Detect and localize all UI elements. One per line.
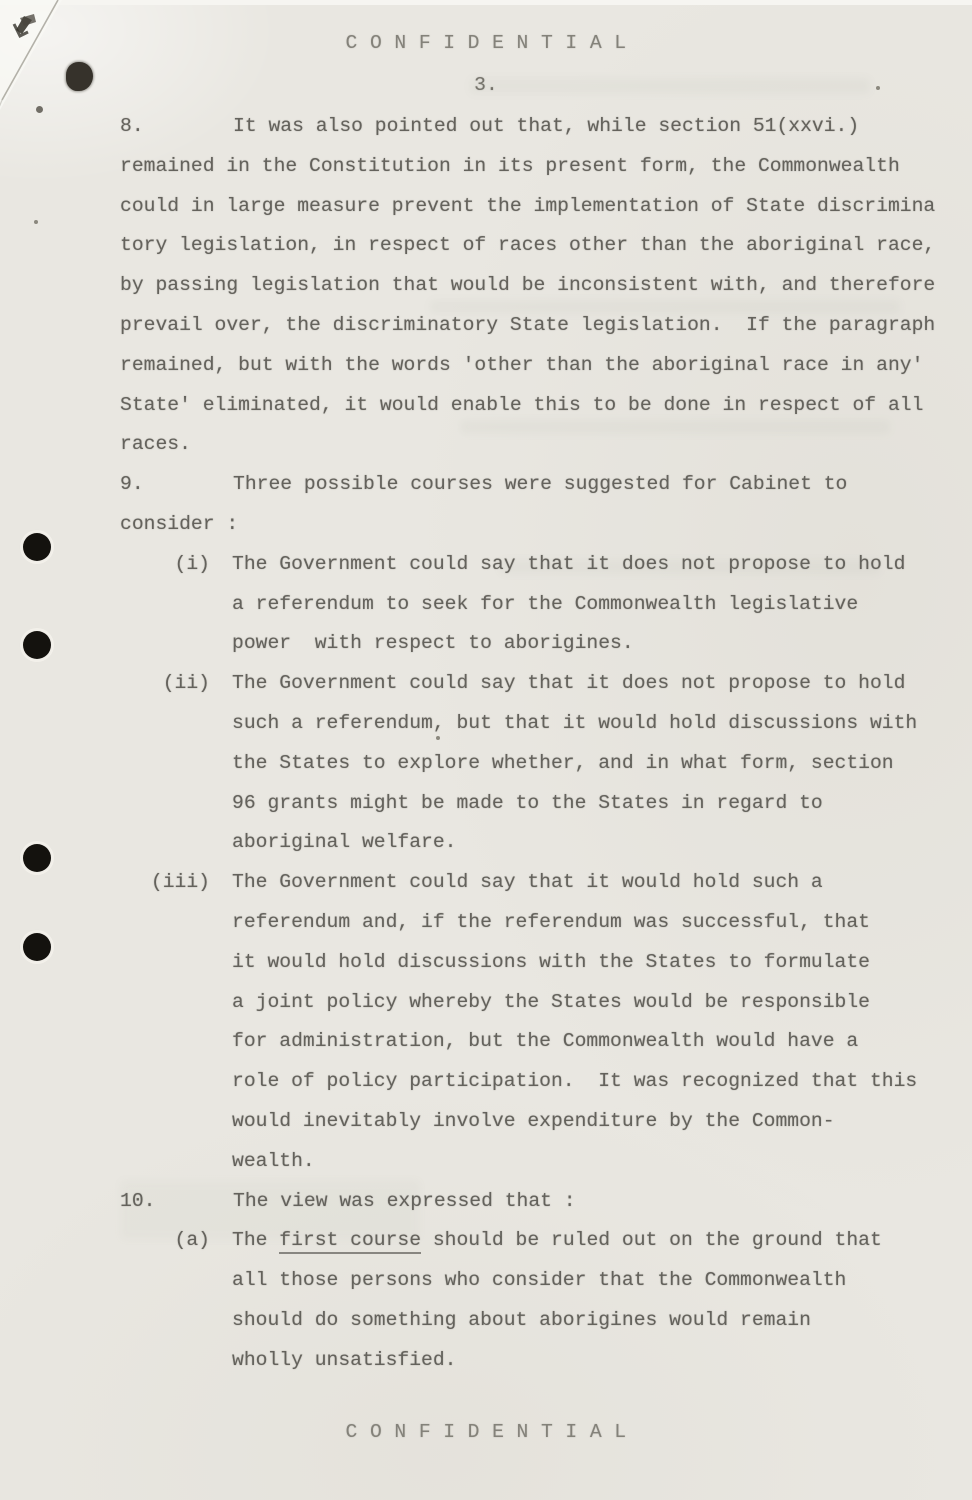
paragraph-text: It was also pointed out that, while sect…: [233, 115, 859, 137]
document-line: would inevitably involve expenditure by …: [0, 1102, 972, 1142]
item-text: The Government could say that it does no…: [232, 553, 905, 575]
scanned-document-page: C O N F I D E N T I A L 3. 8.It was also…: [0, 0, 972, 1500]
item-text: The Government could say that it would h…: [232, 871, 823, 893]
document-line: (i)The Government could say that it does…: [0, 545, 972, 585]
classification-header: C O N F I D E N T I A L: [0, 32, 972, 54]
paragraph-text: The view was expressed that :: [233, 1190, 576, 1212]
document-line: all those persons who consider that the …: [0, 1261, 972, 1301]
document-line: consider :: [0, 505, 972, 545]
paragraph-number: 8.: [120, 107, 233, 147]
document-line: 96 grants might be made to the States in…: [0, 784, 972, 824]
item-label: (i): [120, 545, 210, 585]
document-body: 8.It was also pointed out that, while se…: [0, 107, 972, 1381]
document-line: races.: [0, 425, 972, 465]
item-label: (ii): [120, 664, 210, 704]
document-line: referendum and, if the referendum was su…: [0, 903, 972, 943]
document-line: State' eliminated, it would enable this …: [0, 386, 972, 426]
scan-top-edge: [0, 0, 972, 5]
document-line: a referendum to seek for the Commonwealt…: [0, 585, 972, 625]
document-line: prevail over, the discriminatory State l…: [0, 306, 972, 346]
document-line: 9.Three possible courses were suggested …: [0, 465, 972, 505]
item-label: (iii): [120, 863, 210, 903]
document-line: aboriginal welfare.: [0, 823, 972, 863]
document-line: role of policy participation. It was rec…: [0, 1062, 972, 1102]
page-number: 3.: [0, 74, 972, 96]
document-line: a joint policy whereby the States would …: [0, 983, 972, 1023]
document-line: the States to explore whether, and in wh…: [0, 744, 972, 784]
document-line: wealth.: [0, 1142, 972, 1182]
item-label: (a): [120, 1221, 210, 1261]
paragraph-text: Three possible courses were suggested fo…: [233, 473, 847, 495]
document-line: by passing legislation that would be inc…: [0, 266, 972, 306]
document-line: for administration, but the Commonwealth…: [0, 1022, 972, 1062]
document-line: should do something about aborigines wou…: [0, 1301, 972, 1341]
document-line: tory legislation, in respect of races ot…: [0, 226, 972, 266]
item-text: The first course should be ruled out on …: [232, 1229, 882, 1251]
underlined-text: first course: [279, 1229, 421, 1254]
document-line: could in large measure prevent the imple…: [0, 187, 972, 227]
document-line: remained, but with the words 'other than…: [0, 346, 972, 386]
document-line: (iii)The Government could say that it wo…: [0, 863, 972, 903]
item-text: The Government could say that it does no…: [232, 672, 905, 694]
paragraph-number: 10.: [120, 1182, 233, 1222]
document-line: power with respect to aborigines.: [0, 624, 972, 664]
document-line: (a)The first course should be ruled out …: [0, 1221, 972, 1261]
document-line: (ii)The Government could say that it doe…: [0, 664, 972, 704]
document-line: such a referendum, but that it would hol…: [0, 704, 972, 744]
document-line: 10.The view was expressed that :: [0, 1182, 972, 1222]
classification-footer: C O N F I D E N T I A L: [0, 1421, 972, 1443]
document-line: wholly unsatisfied.: [0, 1341, 972, 1381]
document-line: remained in the Constitution in its pres…: [0, 147, 972, 187]
paragraph-number: 9.: [120, 465, 233, 505]
document-line: 8.It was also pointed out that, while se…: [0, 107, 972, 147]
document-line: it would hold discussions with the State…: [0, 943, 972, 983]
line-text: should be ruled out on the ground that: [421, 1229, 882, 1251]
line-text: The: [232, 1229, 279, 1251]
